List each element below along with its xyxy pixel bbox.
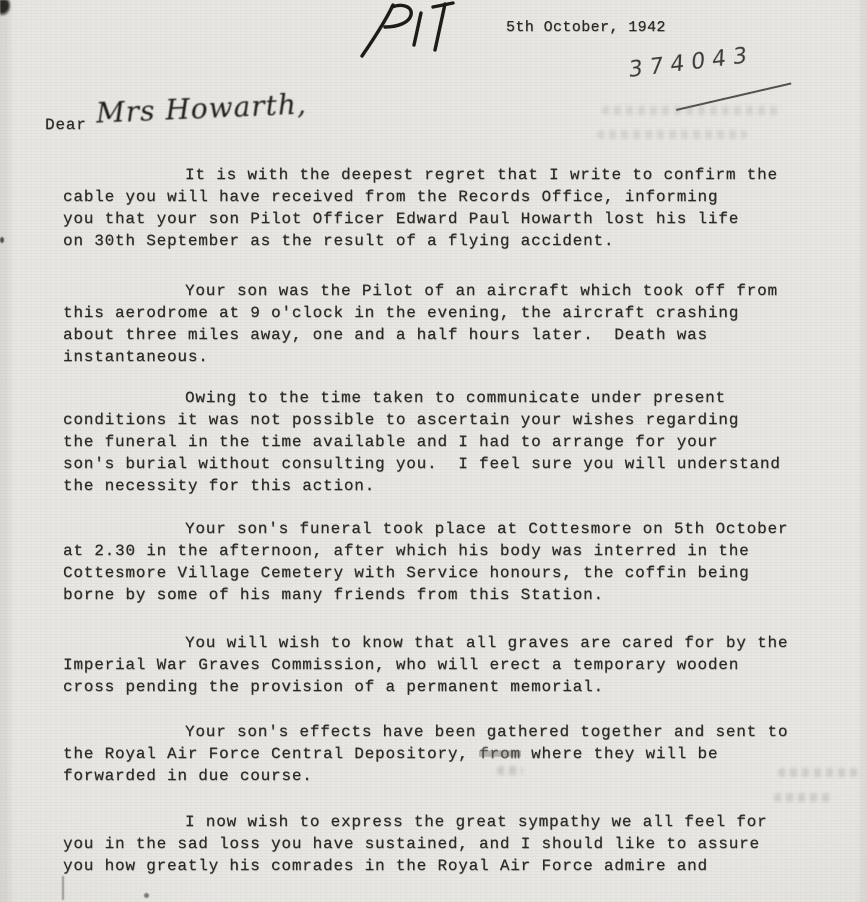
letter-line: son's burial without consulting you. I f… [63, 453, 853, 475]
letter-line: cross pending the provision of a permane… [63, 676, 853, 698]
letter-line: instantaneous. [63, 346, 853, 368]
letter-line: Your son's effects have been gathered to… [63, 721, 853, 743]
salutation-typed: Dear [45, 114, 87, 136]
letter-line: you that your son Pilot Officer Edward P… [63, 208, 853, 230]
reference-underline [676, 82, 791, 110]
letter-paragraph: Your son was the Pilot of an aircraft wh… [63, 280, 853, 368]
letter-line: the funeral in the time available and I … [63, 431, 853, 453]
letter-line: borne by some of his many friends from t… [63, 584, 853, 606]
letter-line: Imperial War Graves Commission, who will… [63, 654, 853, 676]
letter-line: you in the sad loss you have sustained, … [63, 833, 853, 855]
handwritten-recipient-name: Mrs Howarth, [95, 87, 307, 129]
letter-line: this aerodrome at 9 o'clock in the eveni… [63, 302, 853, 324]
letter-line: on 30th September as the result of a fly… [63, 230, 853, 252]
letter-line: It is with the deepest regret that I wri… [63, 164, 853, 186]
letter-line: Owing to the time taken to communicate u… [63, 387, 853, 409]
letter-line: about three miles away, one and a half h… [63, 324, 853, 346]
letter-line: the Royal Air Force Central Depository, … [63, 743, 853, 765]
letter-line: Your son's funeral took place at Cottesm… [63, 518, 853, 540]
letter-body: It is with the deepest regret that I wri… [63, 164, 853, 901]
scan-edge-mark [0, 237, 4, 243]
handwritten-mark-p11 [353, 0, 473, 62]
letter-date: 5th October, 1942 [506, 17, 666, 39]
letter-line: the necessity for this action. [63, 475, 853, 497]
scan-corner-mark [0, 0, 11, 16]
letter-page: 5th October, 1942 374043 Dear Mrs Howart… [0, 0, 867, 902]
letter-paragraph: You will wish to know that all graves ar… [63, 632, 853, 698]
letter-line: you how greatly his comrades in the Roya… [63, 855, 853, 877]
struck-word: from [479, 745, 521, 763]
letter-line: Your son was the Pilot of an aircraft wh… [63, 280, 853, 302]
letter-line: I now wish to express the great sympathy… [63, 811, 853, 833]
letter-paragraph: It is with the deepest regret that I wri… [63, 164, 853, 252]
handwritten-reference-number: 374043 [628, 42, 754, 83]
letter-line: conditions it was not possible to ascert… [63, 409, 853, 431]
letter-line: Cottesmore Village Cemetery with Service… [63, 562, 853, 584]
letter-paragraph: Your son's effects have been gathered to… [63, 721, 853, 787]
letter-line: at 2.30 in the afternoon, after which hi… [63, 540, 853, 562]
letter-paragraph: Owing to the time taken to communicate u… [63, 387, 853, 497]
letter-paragraph: Your son's funeral took place at Cottesm… [63, 518, 853, 606]
letter-line: cable you will have received from the Re… [63, 186, 853, 208]
bleed-through-text [597, 130, 747, 139]
letter-line: You will wish to know that all graves ar… [63, 632, 853, 654]
letter-line: forwarded in due course. [63, 765, 853, 787]
letter-paragraph: I now wish to express the great sympathy… [63, 811, 853, 877]
